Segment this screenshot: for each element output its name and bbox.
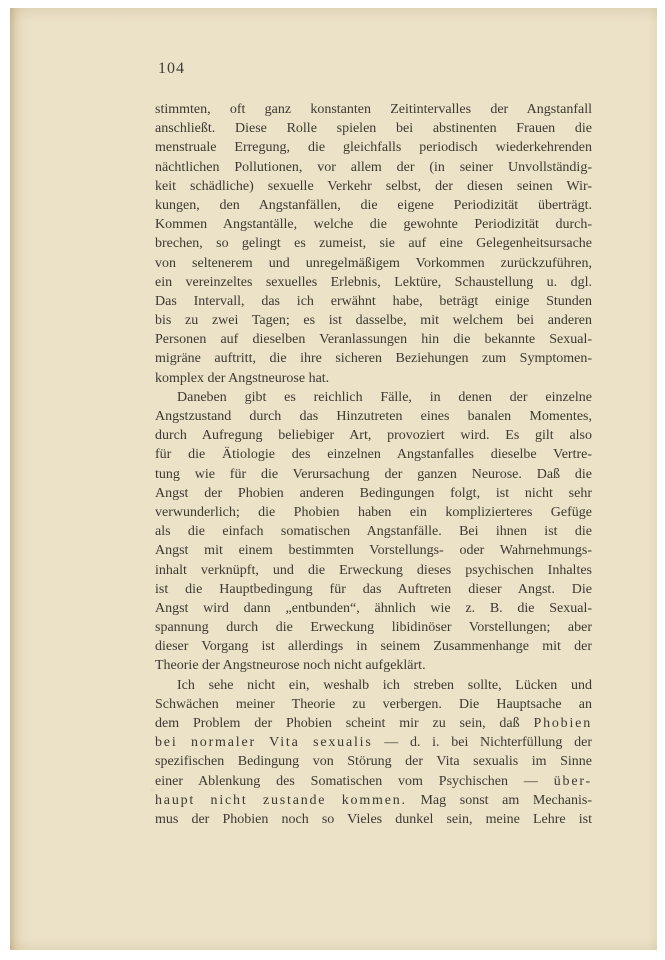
- text-segment: tung wie für die Verursachung der ganzen…: [155, 467, 592, 482]
- text-line: anschließt. Diese Rolle spielen bei abst…: [155, 119, 592, 138]
- text-line: für die Ätiologie des einzelnen Angstanf…: [155, 445, 592, 464]
- text-segment: — d. i. bei Nichterfüllung der: [373, 735, 592, 750]
- text-segment: Angst der Phobien anderen Bedingungen fo…: [155, 486, 592, 501]
- text-segment: spezifischen Bedingung von Störung der V…: [155, 754, 592, 769]
- book-page-paper: 104 stimmten, oft ganz konstanten Zeitin…: [10, 8, 657, 950]
- text-block: stimmten, oft ganz konstanten Zeitinterv…: [155, 100, 592, 829]
- text-segment: Mag sonst am Mechanis-: [407, 793, 592, 808]
- letterspaced-emphasis: Phobien: [534, 716, 593, 731]
- letterspaced-emphasis: über-: [554, 774, 592, 789]
- text-line: dieser Vorgang ist allerdings in seinem …: [155, 637, 592, 656]
- text-line: Kommen Angstantälle, welche die gewohnte…: [155, 215, 592, 234]
- letterspaced-emphasis: haupt nicht zustande kommen.: [155, 793, 407, 808]
- text-line: Theorie der Angstneurose noch nicht aufg…: [155, 656, 592, 675]
- text-line: ein vereinzeltes sexuelles Erlebnis, Lek…: [155, 273, 592, 292]
- text-line: Angst der Phobien anderen Bedingungen fo…: [155, 484, 592, 503]
- text-line: bei normaler Vita sexualis — d. i. bei N…: [155, 733, 592, 752]
- text-segment: anschließt. Diese Rolle spielen bei abst…: [155, 121, 592, 136]
- text-segment: Das Intervall, das ich erwähnt habe, bet…: [155, 294, 592, 309]
- text-segment: dem Problem der Phobien scheint mir zu s…: [155, 716, 534, 731]
- text-line: als die einfach somatischen Angstanfälle…: [155, 522, 592, 541]
- text-segment: durch Aufregung beliebiger Art, provozie…: [155, 428, 592, 443]
- text-segment: Theorie der Angstneurose noch nicht aufg…: [155, 658, 426, 673]
- text-segment: brechen, so gelingt es zumeist, sie auf …: [155, 236, 592, 251]
- text-segment: als die einfach somatischen Angstanfälle…: [155, 524, 592, 539]
- text-line: durch Aufregung beliebiger Art, provozie…: [155, 426, 592, 445]
- text-line: kungen, den Angstanfällen, die eigene Pe…: [155, 196, 592, 215]
- text-segment: ein vereinzeltes sexuelles Erlebnis, Lek…: [155, 275, 592, 290]
- text-segment: Personen auf dieselben Veranlassungen hi…: [155, 332, 592, 347]
- text-segment: Angst mit einem bestimmten Vorstellungs-…: [155, 543, 592, 558]
- text-segment: stimmten, oft ganz konstanten Zeitinterv…: [155, 102, 592, 117]
- text-line: Schwächen meiner Theorie zu verbergen. D…: [155, 695, 592, 714]
- text-segment: Schwächen meiner Theorie zu verbergen. D…: [155, 697, 592, 712]
- text-line: Personen auf dieselben Veranlassungen hi…: [155, 330, 592, 349]
- text-line: spannung durch die Erweckung libidinöser…: [155, 618, 592, 637]
- text-segment: einer Ablenkung des Somatischen vom Psyc…: [155, 774, 554, 789]
- text-segment: bis zu zwei Tagen; es ist dasselbe, mit …: [155, 313, 592, 328]
- text-line: stimmten, oft ganz konstanten Zeitinterv…: [155, 100, 592, 119]
- text-line: keit schädliche) sexuelle Verkehr selbst…: [155, 177, 592, 196]
- text-segment: spannung durch die Erweckung libidinöser…: [155, 620, 592, 635]
- text-segment: Daneben gibt es reichlich Fälle, in dene…: [177, 390, 592, 405]
- text-line: brechen, so gelingt es zumeist, sie auf …: [155, 234, 592, 253]
- text-line: komplex der Angstneurose hat.: [155, 369, 592, 388]
- text-line: inhalt verknüpft, und die Erweckung dies…: [155, 561, 592, 580]
- text-line: von seltenerem und unregelmäßigem Vorkom…: [155, 254, 592, 273]
- text-segment: Angstzustand durch das Hinzutreten eines…: [155, 409, 592, 424]
- text-segment: menstruale Erregung, die gleichfalls per…: [155, 140, 592, 155]
- text-line: bis zu zwei Tagen; es ist dasselbe, mit …: [155, 311, 592, 330]
- text-segment: Ich sehe nicht ein, weshalb ich streben …: [177, 678, 592, 693]
- text-line: dem Problem der Phobien scheint mir zu s…: [155, 714, 592, 733]
- text-segment: nächtlichen Pollutionen, vor allem der (…: [155, 160, 592, 175]
- text-line: menstruale Erregung, die gleichfalls per…: [155, 138, 592, 157]
- letterspaced-emphasis: bei normaler Vita sexualis: [155, 735, 373, 750]
- text-segment: kungen, den Angstanfällen, die eigene Pe…: [155, 198, 592, 213]
- scanned-book-page: 104 stimmten, oft ganz konstanten Zeitin…: [0, 0, 665, 960]
- text-line: migräne auftritt, die ihre sicheren Bezi…: [155, 349, 592, 368]
- text-segment: verwunderlich; die Phobien haben ein kom…: [155, 505, 592, 520]
- text-line: nächtlichen Pollutionen, vor allem der (…: [155, 158, 592, 177]
- text-line: ist die Hauptbedingung für das Auftreten…: [155, 580, 592, 599]
- text-line: haupt nicht zustande kommen. Mag sonst a…: [155, 791, 592, 810]
- text-segment: mus der Phobien noch so Vieles dunkel se…: [155, 812, 592, 827]
- text-line: Das Intervall, das ich erwähnt habe, bet…: [155, 292, 592, 311]
- text-line: Angstzustand durch das Hinzutreten eines…: [155, 407, 592, 426]
- text-segment: dieser Vorgang ist allerdings in seinem …: [155, 639, 592, 654]
- page-number: 104: [158, 60, 185, 78]
- text-segment: komplex der Angstneurose hat.: [155, 371, 329, 386]
- text-line: Ich sehe nicht ein, weshalb ich streben …: [155, 676, 592, 695]
- text-line: einer Ablenkung des Somatischen vom Psyc…: [155, 772, 592, 791]
- text-segment: migräne auftritt, die ihre sicheren Bezi…: [155, 351, 592, 366]
- text-segment: ist die Hauptbedingung für das Auftreten…: [155, 582, 592, 597]
- text-line: Daneben gibt es reichlich Fälle, in dene…: [155, 388, 592, 407]
- text-line: verwunderlich; die Phobien haben ein kom…: [155, 503, 592, 522]
- text-line: mus der Phobien noch so Vieles dunkel se…: [155, 810, 592, 829]
- text-segment: von seltenerem und unregelmäßigem Vorkom…: [155, 256, 592, 271]
- text-line: spezifischen Bedingung von Störung der V…: [155, 752, 592, 771]
- text-segment: Kommen Angstantälle, welche die gewohnte…: [155, 217, 592, 232]
- text-line: Angst wird dann „entbunden“, ähnlich wie…: [155, 599, 592, 618]
- text-segment: Angst wird dann „entbunden“, ähnlich wie…: [155, 601, 592, 616]
- text-segment: inhalt verknüpft, und die Erweckung dies…: [155, 563, 592, 578]
- text-segment: für die Ätiologie des einzelnen Angstanf…: [155, 447, 592, 462]
- text-segment: keit schädliche) sexuelle Verkehr selbst…: [155, 179, 592, 194]
- text-line: Angst mit einem bestimmten Vorstellungs-…: [155, 541, 592, 560]
- text-line: tung wie für die Verursachung der ganzen…: [155, 465, 592, 484]
